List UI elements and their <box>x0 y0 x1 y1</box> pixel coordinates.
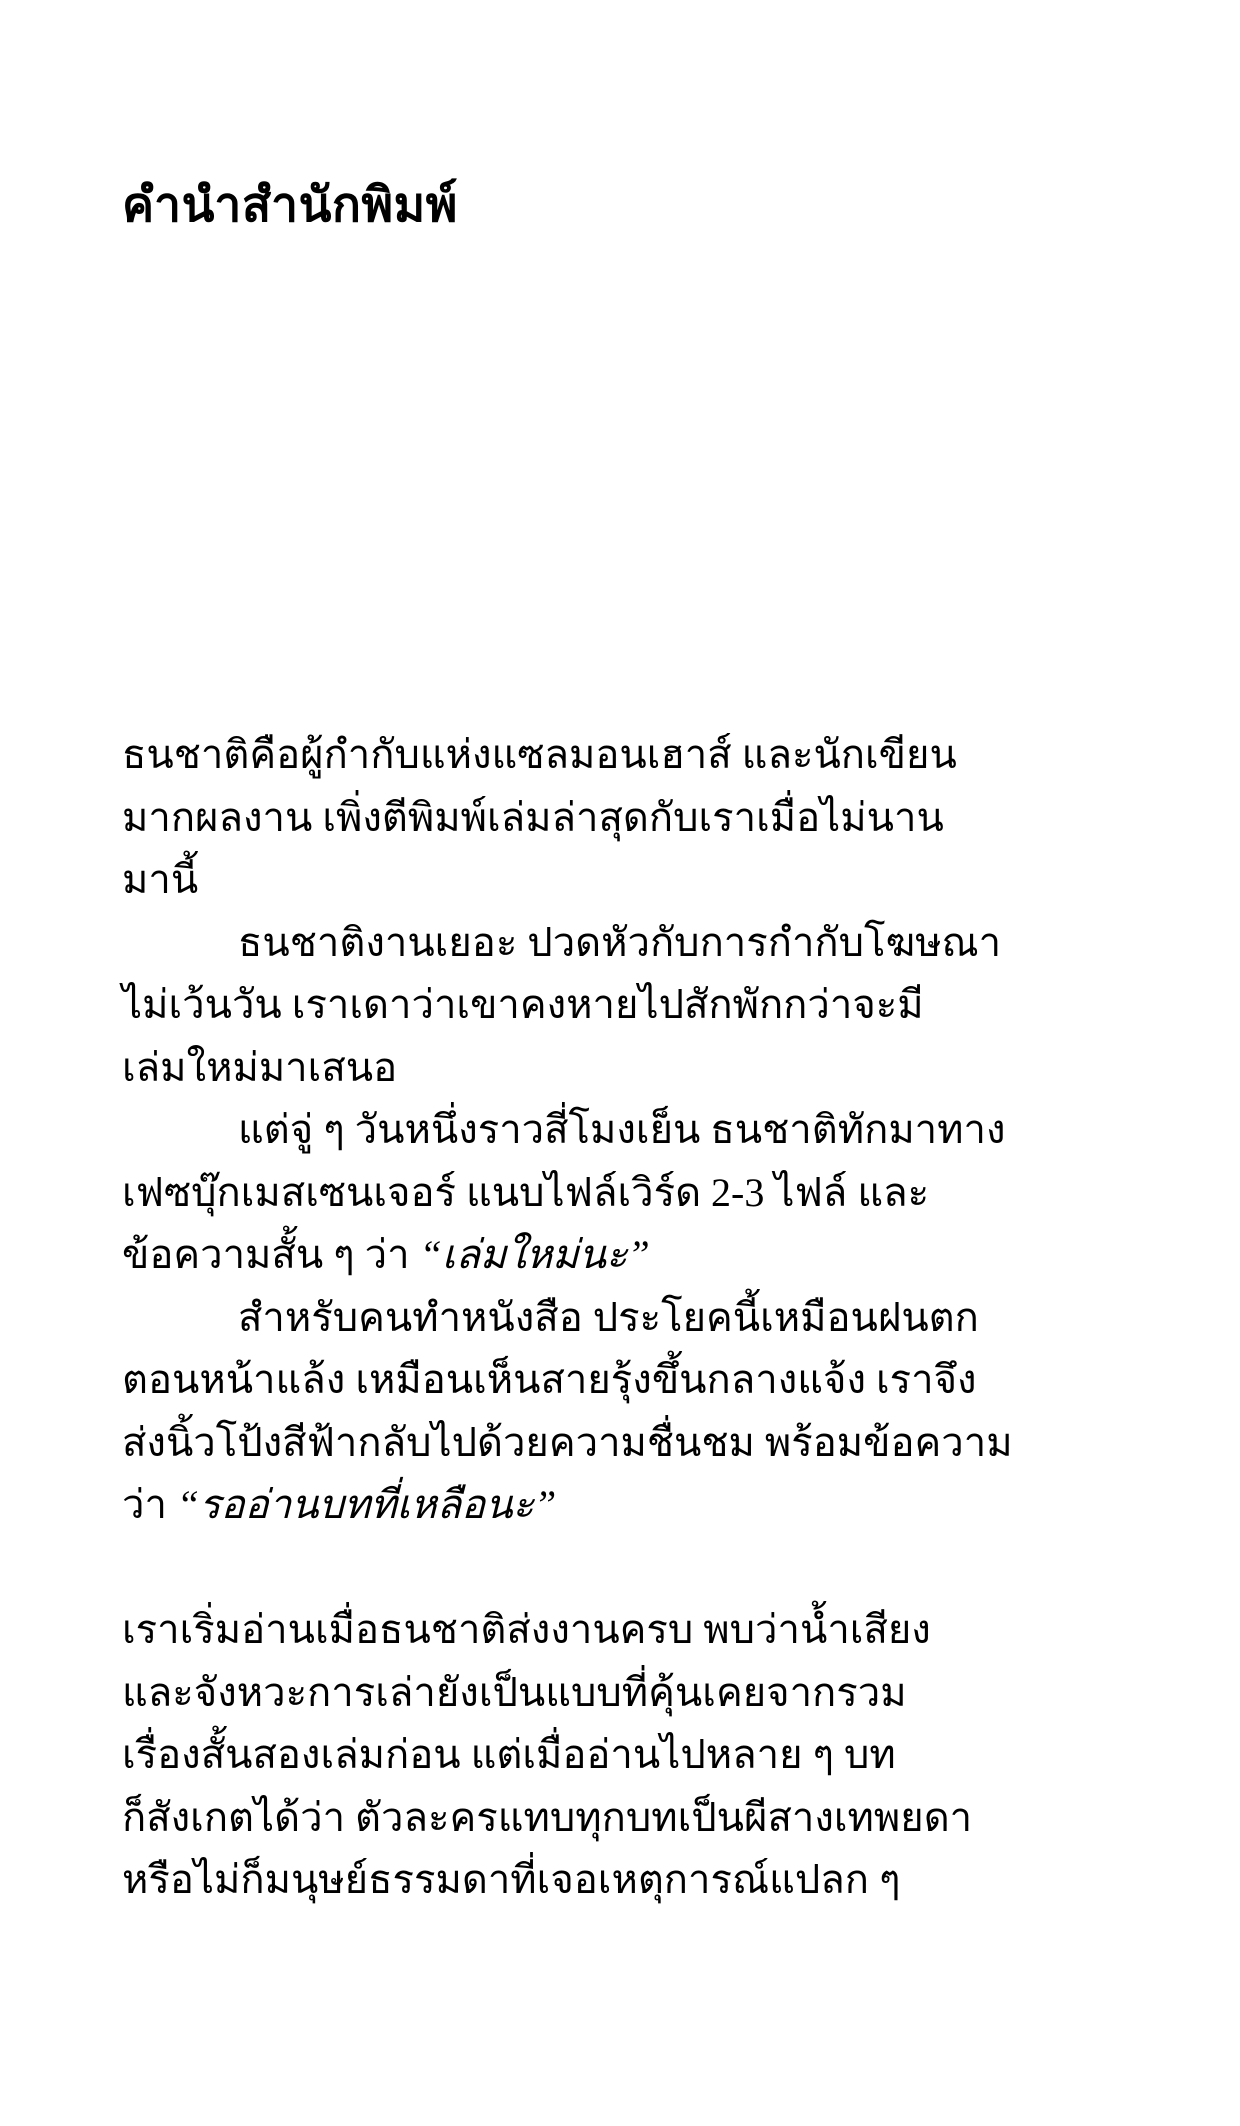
paragraph: แต่จู่ ๆ วันหนึ่งราวสี่โมงเย็น ธนชาติทัก… <box>122 1099 928 1287</box>
text-line: สำหรับคนทำหนังสือ ประโยคนี้เหมือนฝนตก <box>122 1287 928 1350</box>
text-line: ส่งนิ้วโป้งสีฟ้ากลับไปด้วยความชื่นชม พร้… <box>122 1412 928 1475</box>
text-line: เรื่องสั้นสองเล่มก่อน แต่เมื่ออ่านไปหลาย… <box>122 1724 928 1787</box>
text-line: เล่มใหม่มาเสนอ <box>122 1037 928 1100</box>
text-line: มากผลงาน เพิ่งตีพิมพ์เล่มล่าสุดกับเราเมื… <box>122 787 928 850</box>
text-line: ไม่เว้นวัน เราเดาว่าเขาคงหายไปสักพักกว่า… <box>122 974 928 1037</box>
text-line: และจังหวะการเล่ายังเป็นแบบที่คุ้นเคยจากร… <box>122 1662 928 1725</box>
text-line: ตอนหน้าแล้ง เหมือนเห็นสายรุ้งขึ้นกลางแจ้… <box>122 1349 928 1412</box>
text-line: ก็สังเกตได้ว่า ตัวละครแทบทุกบทเป็นผีสางเ… <box>122 1787 928 1850</box>
text-segment: และจังหวะการเล่ายังเป็นแบบที่คุ้นเคยจากร… <box>122 1670 907 1715</box>
paragraph: ธนชาติงานเยอะ ปวดหัวกับการกำกับโฆษณาไม่เ… <box>122 912 928 1100</box>
paragraph: ธนชาติคือผู้กำกับแห่งแซลมอนเฮาส์ และนักเ… <box>122 724 928 912</box>
text-segment: แต่จู่ ๆ วันหนึ่งราวสี่โมงเย็น ธนชาติทัก… <box>238 1107 1006 1152</box>
text-segment: ไม่เว้นวัน เราเดาว่าเขาคงหายไปสักพักกว่า… <box>122 982 924 1027</box>
paragraph: เราเริ่มอ่านเมื่อธนชาติส่งงานครบ พบว่าน้… <box>122 1599 928 1912</box>
text-segment: เฟซบุ๊กเมสเซนเจอร์ แนบไฟล์เวิร์ด 2-3 ไฟล… <box>122 1170 929 1215</box>
text-segment: ก็สังเกตได้ว่า ตัวละครแทบทุกบทเป็นผีสางเ… <box>122 1795 972 1840</box>
page-title: คำนำสำนักพิมพ์ <box>122 176 458 236</box>
text-line: ว่า “รออ่านบทที่เหลือนะ” <box>122 1474 928 1537</box>
preface-body: ธนชาติคือผู้กำกับแห่งแซลมอนเฮาส์ และนักเ… <box>122 724 928 1912</box>
quoted-italic-text: “รออ่านบทที่เหลือนะ” <box>177 1482 556 1527</box>
text-segment: ตอนหน้าแล้ง เหมือนเห็นสายรุ้งขึ้นกลางแจ้… <box>122 1357 977 1402</box>
text-segment: มากผลงาน เพิ่งตีพิมพ์เล่มล่าสุดกับเราเมื… <box>122 795 944 840</box>
book-page: คำนำสำนักพิมพ์ ธนชาติคือผู้กำกับแห่งแซลม… <box>0 0 1240 2126</box>
text-line: เราเริ่มอ่านเมื่อธนชาติส่งงานครบ พบว่าน้… <box>122 1599 928 1662</box>
text-segment: เล่มใหม่มาเสนอ <box>122 1045 397 1090</box>
text-segment: ส่งนิ้วโป้งสีฟ้ากลับไปด้วยความชื่นชม พร้… <box>122 1420 1013 1465</box>
text-segment: ข้อความสั้น ๆ ว่า <box>122 1232 420 1277</box>
text-line: แต่จู่ ๆ วันหนึ่งราวสี่โมงเย็น ธนชาติทัก… <box>122 1099 928 1162</box>
text-line: หรือไม่ก็มนุษย์ธรรมดาที่เจอเหตุการณ์แปลก… <box>122 1849 928 1912</box>
text-segment: เราเริ่มอ่านเมื่อธนชาติส่งงานครบ พบว่าน้… <box>122 1607 931 1652</box>
text-line: มานี้ <box>122 849 928 912</box>
text-segment: หรือไม่ก็มนุษย์ธรรมดาที่เจอเหตุการณ์แปลก… <box>122 1857 900 1902</box>
text-line: เฟซบุ๊กเมสเซนเจอร์ แนบไฟล์เวิร์ด 2-3 ไฟล… <box>122 1162 928 1225</box>
quoted-italic-text: “เล่มใหม่นะ” <box>420 1232 650 1277</box>
text-line: ธนชาติงานเยอะ ปวดหัวกับการกำกับโฆษณา <box>122 912 928 975</box>
text-segment: สำหรับคนทำหนังสือ ประโยคนี้เหมือนฝนตก <box>238 1295 979 1340</box>
text-line: ข้อความสั้น ๆ ว่า “เล่มใหม่นะ” <box>122 1224 928 1287</box>
paragraph: สำหรับคนทำหนังสือ ประโยคนี้เหมือนฝนตกตอน… <box>122 1287 928 1537</box>
text-line: ธนชาติคือผู้กำกับแห่งแซลมอนเฮาส์ และนักเ… <box>122 724 928 787</box>
text-segment: มานี้ <box>122 857 198 902</box>
text-segment: ธนชาติงานเยอะ ปวดหัวกับการกำกับโฆษณา <box>238 920 1001 965</box>
text-segment: เรื่องสั้นสองเล่มก่อน แต่เมื่ออ่านไปหลาย… <box>122 1732 896 1777</box>
text-segment: ธนชาติคือผู้กำกับแห่งแซลมอนเฮาส์ และนักเ… <box>122 732 957 777</box>
text-segment: ว่า <box>122 1482 177 1527</box>
